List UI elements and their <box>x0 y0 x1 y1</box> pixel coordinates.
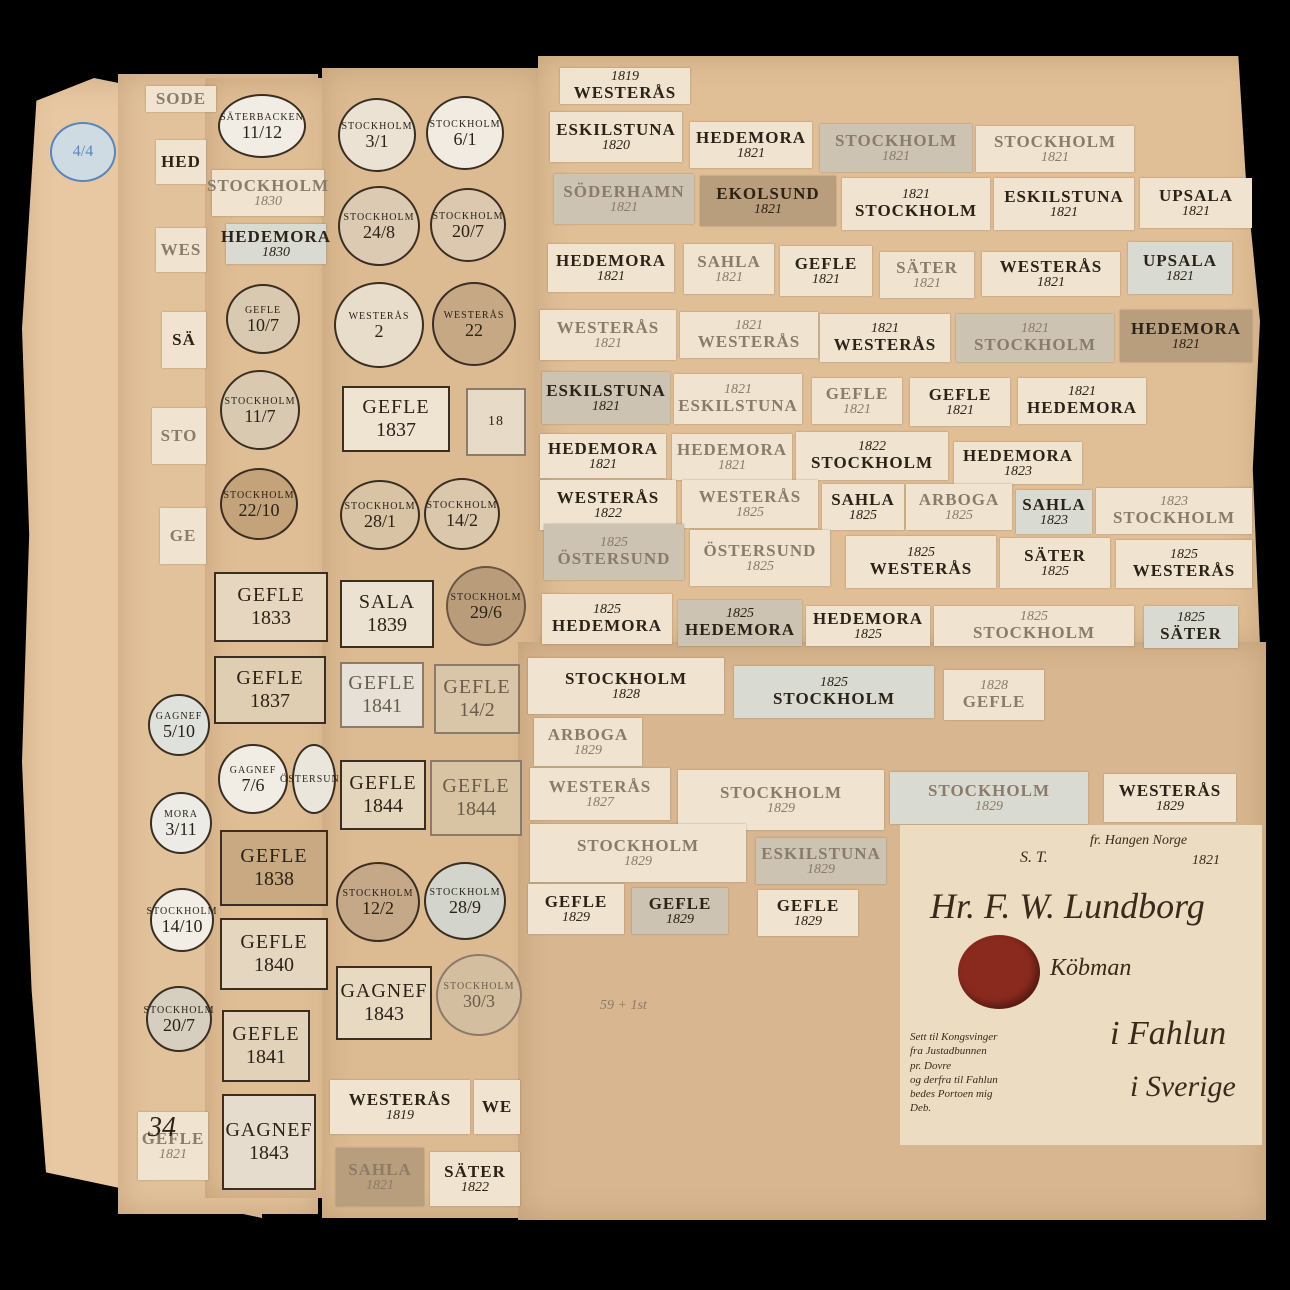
postmark-strip: SAHLA1825 <box>822 484 904 530</box>
boxed-postmark: GEFLE14/2 <box>434 664 520 734</box>
postmark-strip: SAHLA1821 <box>684 244 774 294</box>
addressee-title: Köbman <box>1050 955 1131 982</box>
postmark-strip: STOCKHOLM1821 <box>820 124 972 172</box>
circular-postmark: ÖSTERSUND <box>292 744 336 814</box>
postmark-strip: SÄTER1821 <box>880 252 974 298</box>
circular-postmark: STOCKHOLM14/2 <box>424 478 500 550</box>
postmark-strip: GEFLE1821 <box>910 378 1010 426</box>
postmark-strip: SÄ <box>162 312 206 368</box>
postmark-strip: HEDEMORA1830 <box>226 224 326 264</box>
postmark-strip: 1825HEDEMORA <box>542 594 672 644</box>
postmark-strip: ARBOGA1825 <box>906 484 1012 530</box>
boxed-postmark: GEFLE1841 <box>340 662 424 728</box>
circular-postmark: WESTERÅS2 <box>334 282 424 368</box>
boxed-postmark: GEFLE1841 <box>222 1010 310 1082</box>
postmark-strip: SÖDERHAMN1821 <box>554 174 694 224</box>
postmark-strip: WES <box>156 228 206 272</box>
postmark-strip: UPSALA1821 <box>1140 178 1252 228</box>
postmark-strip: 1828GEFLE <box>944 670 1044 720</box>
letter-initials: S. T. <box>1020 849 1048 867</box>
boxed-postmark: GAGNEF1843 <box>336 966 432 1040</box>
postmark-strip: STOCKHOLM1829 <box>530 824 746 882</box>
boxed-postmark: SALA1839 <box>340 580 434 648</box>
boxed-postmark: GEFLE1844 <box>340 760 426 830</box>
postmark-strip: WESTERÅS1821 <box>982 252 1120 296</box>
postmark-strip: GEFLE1829 <box>632 888 728 934</box>
circular-postmark: STOCKHOLM12/2 <box>336 862 420 942</box>
postmark-strip: ÖSTERSUND1825 <box>690 530 830 586</box>
postmark-strip: 1825ÖSTERSUND <box>544 524 684 580</box>
postmark-strip: HEDEMORA1823 <box>954 442 1082 484</box>
postmark-strip: 1821STOCKHOLM <box>956 314 1114 362</box>
postmark-strip: STOCKHOLM1828 <box>528 658 724 714</box>
addressee-country: i Sverige <box>1130 1070 1236 1104</box>
postmark-strip: 1825HEDEMORA <box>678 600 802 646</box>
letter-cover: fr. Hangen Norge 1821 S. T. Hr. F. W. Lu… <box>900 825 1262 1145</box>
circular-postmark: STOCKHOLM22/10 <box>220 468 298 540</box>
postmark-strip: ESKILSTUNA1821 <box>542 372 670 424</box>
circular-postmark: GEFLE10/7 <box>226 284 300 354</box>
postmark-strip: UPSALA1821 <box>1128 242 1232 294</box>
postmark-strip: HEDEMORA1821 <box>548 244 674 292</box>
postmark-strip: SÄTER1822 <box>430 1152 520 1206</box>
postmark-strip: HED <box>156 140 206 184</box>
postmark-strip: ESKILSTUNA1829 <box>756 838 886 884</box>
postmark-strip: ARBOGA1829 <box>534 718 642 766</box>
circular-postmark: WESTERÅS22 <box>432 282 516 366</box>
postmark-strip: ESKILSTUNA1820 <box>550 112 682 162</box>
postmark-strip: GE <box>160 508 206 564</box>
postmark-strip: ESKILSTUNA1821 <box>994 178 1134 230</box>
postmark-strip: STO <box>152 408 206 464</box>
postmark-strip: 1823STOCKHOLM <box>1096 488 1252 534</box>
circular-postmark: STOCKHOLM14/10 <box>150 888 214 952</box>
circular-postmark: STOCKHOLM3/1 <box>338 98 416 172</box>
postmark-strip: 1825WESTERÅS <box>1116 540 1252 588</box>
postmark-strip: SÄTER1825 <box>1000 538 1110 588</box>
boxed-postmark: GEFLE1844 <box>430 760 522 836</box>
postmark-strip: STOCKHOLM1829 <box>890 772 1088 824</box>
postmark-strip: WESTERÅS1827 <box>530 768 670 820</box>
postmark-strip: 1821WESTERÅS <box>680 312 818 358</box>
postmark-strip: 1821ESKILSTUNA <box>674 374 802 424</box>
postmark-strip: GEFLE1829 <box>528 884 624 934</box>
blue-circular-postmark: 4/4 <box>50 122 116 182</box>
circular-postmark: STOCKHOLM28/9 <box>424 862 506 940</box>
boxed-postmark: GEFLE1838 <box>220 830 328 906</box>
circular-postmark: GAGNEF5/10 <box>148 694 210 756</box>
postmark-strip: 1821WESTERÅS <box>820 314 950 362</box>
boxed-postmark: GEFLE1837 <box>214 656 326 724</box>
postmark-strip: GEFLE1821 <box>780 246 872 296</box>
postmark-strip: 1822STOCKHOLM <box>796 432 948 480</box>
boxed-postmark: GAGNEF1843 <box>222 1094 316 1190</box>
postmark-strip: HEDEMORA1821 <box>690 122 812 168</box>
postmark-strip: WESTERÅS1825 <box>682 480 818 528</box>
circular-postmark: MORA3/11 <box>150 792 212 854</box>
letter-year: 1821 <box>1192 853 1220 869</box>
addressee-name: Hr. F. W. Lundborg <box>930 885 1205 927</box>
postmark-strip: 1821STOCKHOLM <box>842 178 990 230</box>
postmark-strip: HEDEMORA1821 <box>540 434 666 478</box>
postmark-strip: WE <box>474 1080 520 1134</box>
circular-postmark: GAGNEF7/6 <box>218 744 288 814</box>
postmark-strip: SAHLA1821 <box>336 1148 424 1206</box>
circular-postmark: STOCKHOLM24/8 <box>338 186 420 266</box>
circular-postmark: STOCKHOLM29/6 <box>446 566 526 646</box>
letter-origin: fr. Hangen Norge <box>1090 833 1187 849</box>
postmark-strip: WESTERÅS1821 <box>540 310 676 360</box>
addressee-city: i Fahlun <box>1110 1015 1226 1053</box>
circular-postmark: STOCKHOLM6/1 <box>426 96 504 170</box>
pencil-note: 59 + 1st <box>600 998 647 1014</box>
boxed-postmark: GEFLE1833 <box>214 572 328 642</box>
postmark-strip: HEDEMORA1825 <box>806 606 930 646</box>
circular-postmark: STOCKHOLM28/1 <box>340 480 420 550</box>
postmark-strip: 1825WESTERÅS <box>846 536 996 588</box>
circular-postmark: STOCKHOLM20/7 <box>146 986 212 1052</box>
circular-postmark: STOCKHOLM30/3 <box>436 954 522 1036</box>
postmark-strip: SODE <box>146 86 216 112</box>
postmark-strip: 1825STOCKHOLM <box>734 666 934 718</box>
postmark-strip: WESTERÅS1819 <box>330 1080 470 1134</box>
postmark-strip: WESTERÅS1829 <box>1104 774 1236 822</box>
wax-seal-icon <box>958 935 1040 1009</box>
boxed-postmark: GEFLE1837 <box>342 386 450 452</box>
postmark-strip: STOCKHOLM1829 <box>678 770 884 830</box>
circular-postmark: SÄTERBACKEN11/12 <box>218 94 306 158</box>
boxed-postmark: GEFLE1840 <box>220 918 328 990</box>
postmark-strip: 1825SÄTER <box>1144 606 1238 648</box>
circular-postmark: STOCKHOLM11/7 <box>220 370 300 450</box>
postmark-strip: GEFLE1829 <box>758 890 858 936</box>
boxed-postmark: 18 <box>466 388 526 456</box>
routing-note: Sett til Kongsvinger fra Justadbunnen pr… <box>910 1030 1070 1116</box>
postmark-strip: GEFLE1821 <box>812 378 902 424</box>
handwritten-number: 34 <box>148 1112 176 1144</box>
postmark-strip: 1825STOCKHOLM <box>934 606 1134 646</box>
postmark-strip: WESTERÅS1822 <box>540 480 676 530</box>
circular-postmark: STOCKHOLM20/7 <box>430 188 506 262</box>
postmark-strip: HEDEMORA1821 <box>672 434 792 480</box>
postmark-strip: STOCKHOLM1830 <box>212 170 324 216</box>
postmark-strip: 1821HEDEMORA <box>1018 378 1146 424</box>
postmark-strip: EKOLSUND1821 <box>700 176 836 226</box>
postmark-strip: SAHLA1823 <box>1016 490 1092 534</box>
postmark-strip: 1819WESTERÅS <box>560 68 690 104</box>
postmark-strip: STOCKHOLM1821 <box>976 126 1134 172</box>
postmark-strip: HEDEMORA1821 <box>1120 310 1252 362</box>
